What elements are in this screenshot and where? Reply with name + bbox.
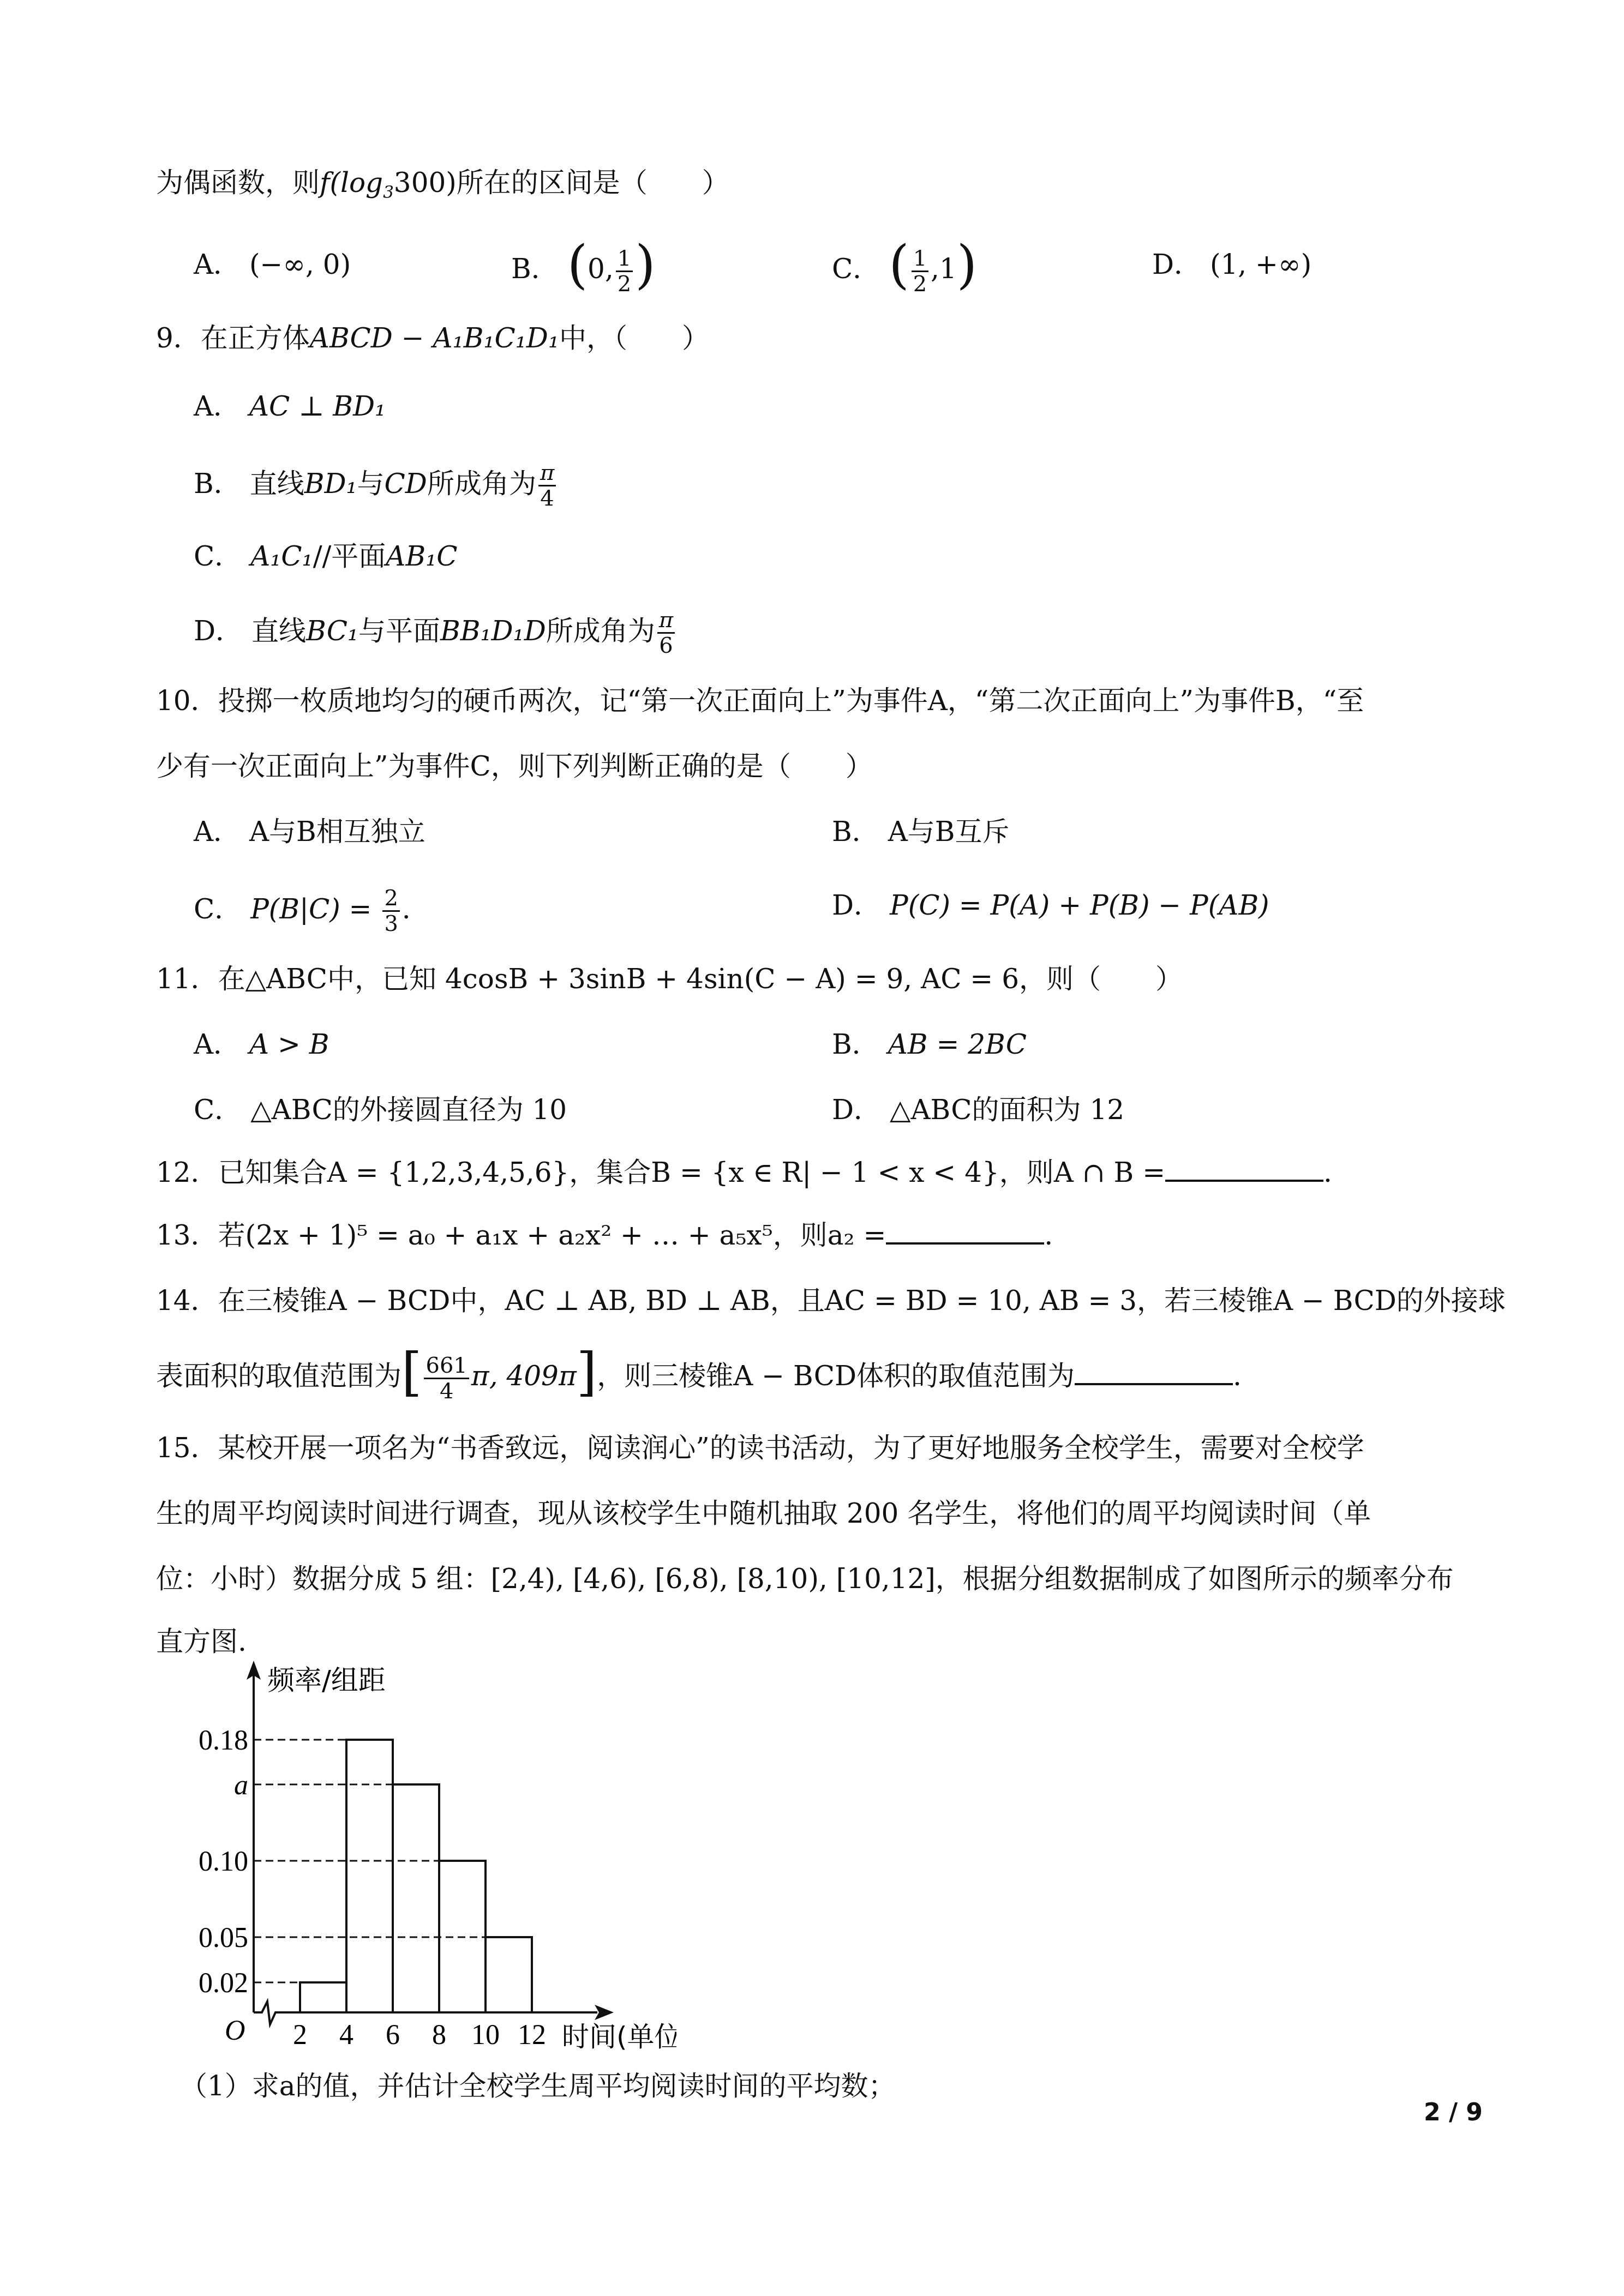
x-axis-arrow-icon: [595, 2005, 614, 2020]
fraction: 23: [382, 886, 399, 936]
svg-text:0.18: 0.18: [199, 1725, 248, 1756]
svg-text:8: 8: [432, 2019, 446, 2051]
q14-stem-line-1: 14．在三棱锥A − BCD中，AC ⊥ AB, BD ⊥ AB，且AC = B…: [156, 1282, 1506, 1320]
q8-option-c: C． (12,1): [832, 245, 977, 296]
q15-stem-line-2: 生的周平均阅读时间进行调查，现从该校学生中随机抽取 200 名学生，将他们的周平…: [156, 1494, 1371, 1532]
q8-stem-text: 为偶函数，则: [156, 167, 320, 199]
frequency-histogram: 0.18 a 0.10 0.05 0.02 O 2 4 6 8 10 12 频率…: [185, 1658, 676, 2051]
svg-text:a: a: [234, 1770, 248, 1801]
q12-stem: 12．已知集合A = {1,2,3,4,5,6}，集合B = {x ∈ R| −…: [156, 1153, 1332, 1192]
bar-6-8: [393, 1784, 439, 2012]
answer-blank[interactable]: [1075, 1361, 1233, 1385]
q13-stem: 13．若(2x + 1)⁵ = a₀ + a₁x + a₂x² + … + a₅…: [156, 1216, 1053, 1254]
fraction: 12: [616, 247, 633, 296]
origin-label: O: [225, 2015, 245, 2046]
q10-option-c: C． P(B|C) = 23.: [194, 886, 411, 936]
bar-10-12: [486, 1937, 532, 2012]
fraction: 12: [912, 247, 928, 296]
q9-option-a: A． AC ⊥ BD₁: [194, 387, 386, 425]
y-axis-title: 频率/组距: [267, 1664, 386, 1696]
svg-text:0.02: 0.02: [199, 1968, 248, 1999]
q8-option-a: A． (−∞, 0): [194, 245, 351, 284]
svg-text:12: 12: [518, 2019, 546, 2051]
q8-stem-math: f(log3300): [320, 167, 457, 199]
q11-option-a: A． A > B: [194, 1025, 329, 1063]
q11-option-d: D． △ABC的面积为 12: [832, 1091, 1124, 1129]
q11-option-c: C． △ABC的外接圆直径为 10: [194, 1091, 567, 1129]
svg-text:6: 6: [386, 2019, 400, 2051]
q10-stem-line-2: 少有一次正面向上”为事件C，则下列判断正确的是（ ）: [156, 747, 873, 785]
histogram-bars: [300, 1740, 532, 2012]
fraction: π6: [657, 608, 675, 658]
q15-stem-line-3: 位：小时）数据分成 5 组：[2,4), [4,6), [6,8), [8,10…: [156, 1560, 1454, 1598]
q15-stem-line-1: 15．某校开展一项名为“书香致远，阅读润心”的读书活动，为了更好地服务全校学生，…: [156, 1429, 1364, 1467]
q15-stem-line-4: 直方图.: [156, 1622, 247, 1661]
q8-option-b: B． (0,12): [511, 245, 656, 296]
q9-option-d: D． 直线BC₁与平面BB₁D₁D所成角为π6: [194, 608, 677, 658]
svg-text:10: 10: [471, 2019, 500, 2051]
q11-stem: 11．在△ABC中，已知 4cosB + 3sinB + 4sin(C − A)…: [156, 960, 1183, 998]
svg-text:4: 4: [339, 2019, 353, 2051]
answer-blank[interactable]: [1165, 1158, 1323, 1182]
q10-option-d: D． P(C) = P(A) + P(B) − P(AB): [832, 886, 1269, 924]
q10-option-a: A． A与B相互独立: [194, 813, 426, 851]
svg-text:2: 2: [293, 2019, 307, 2051]
q9-stem: 9．在正方体ABCD − A₁B₁C₁D₁中，（ ）: [156, 319, 709, 357]
q15-subquestion-1: （1）求a的值，并估计全校学生周平均阅读时间的平均数；: [180, 2067, 896, 2105]
q9-option-c: C． A₁C₁//平面AB₁C: [194, 537, 457, 575]
q10-stem-line-1: 10．投掷一枚质地均匀的硬币两次，记“第一次正面向上”为事件A，“第二次正面向上…: [156, 682, 1364, 720]
x-axis-title: 时间(单位：小时): [562, 2021, 676, 2051]
q11-option-b: B． AB = 2BC: [832, 1025, 1027, 1063]
svg-text:0.05: 0.05: [199, 1922, 248, 1954]
q8-option-d: D． (1, +∞): [1152, 245, 1311, 284]
q14-stem-line-2: 表面积的取值范围为[6614π, 409π]，则三棱锥A − BCD体积的取值范…: [156, 1353, 1242, 1403]
bar-4-6: [346, 1740, 393, 2012]
x-tick-labels: 2 4 6 8 10 12: [293, 2019, 546, 2051]
y-tick-labels: 0.18 a 0.10 0.05 0.02: [199, 1725, 248, 1999]
answer-blank[interactable]: [886, 1221, 1044, 1245]
q8-stem: 为偶函数，则f(log3300)所在的区间是（ ）: [156, 164, 729, 202]
page-number: 2 / 9: [1424, 2099, 1483, 2126]
q9-option-b: B． 直线BD₁与CD所成角为π4: [194, 461, 558, 510]
svg-text:0.10: 0.10: [199, 1846, 248, 1877]
fraction: 6614: [424, 1354, 469, 1403]
q8-stem-text-2: 所在的区间是（ ）: [457, 167, 729, 199]
fraction: π4: [538, 461, 556, 510]
bar-2-4: [300, 1982, 346, 2012]
q10-option-b: B． A与B互斥: [832, 813, 1010, 851]
